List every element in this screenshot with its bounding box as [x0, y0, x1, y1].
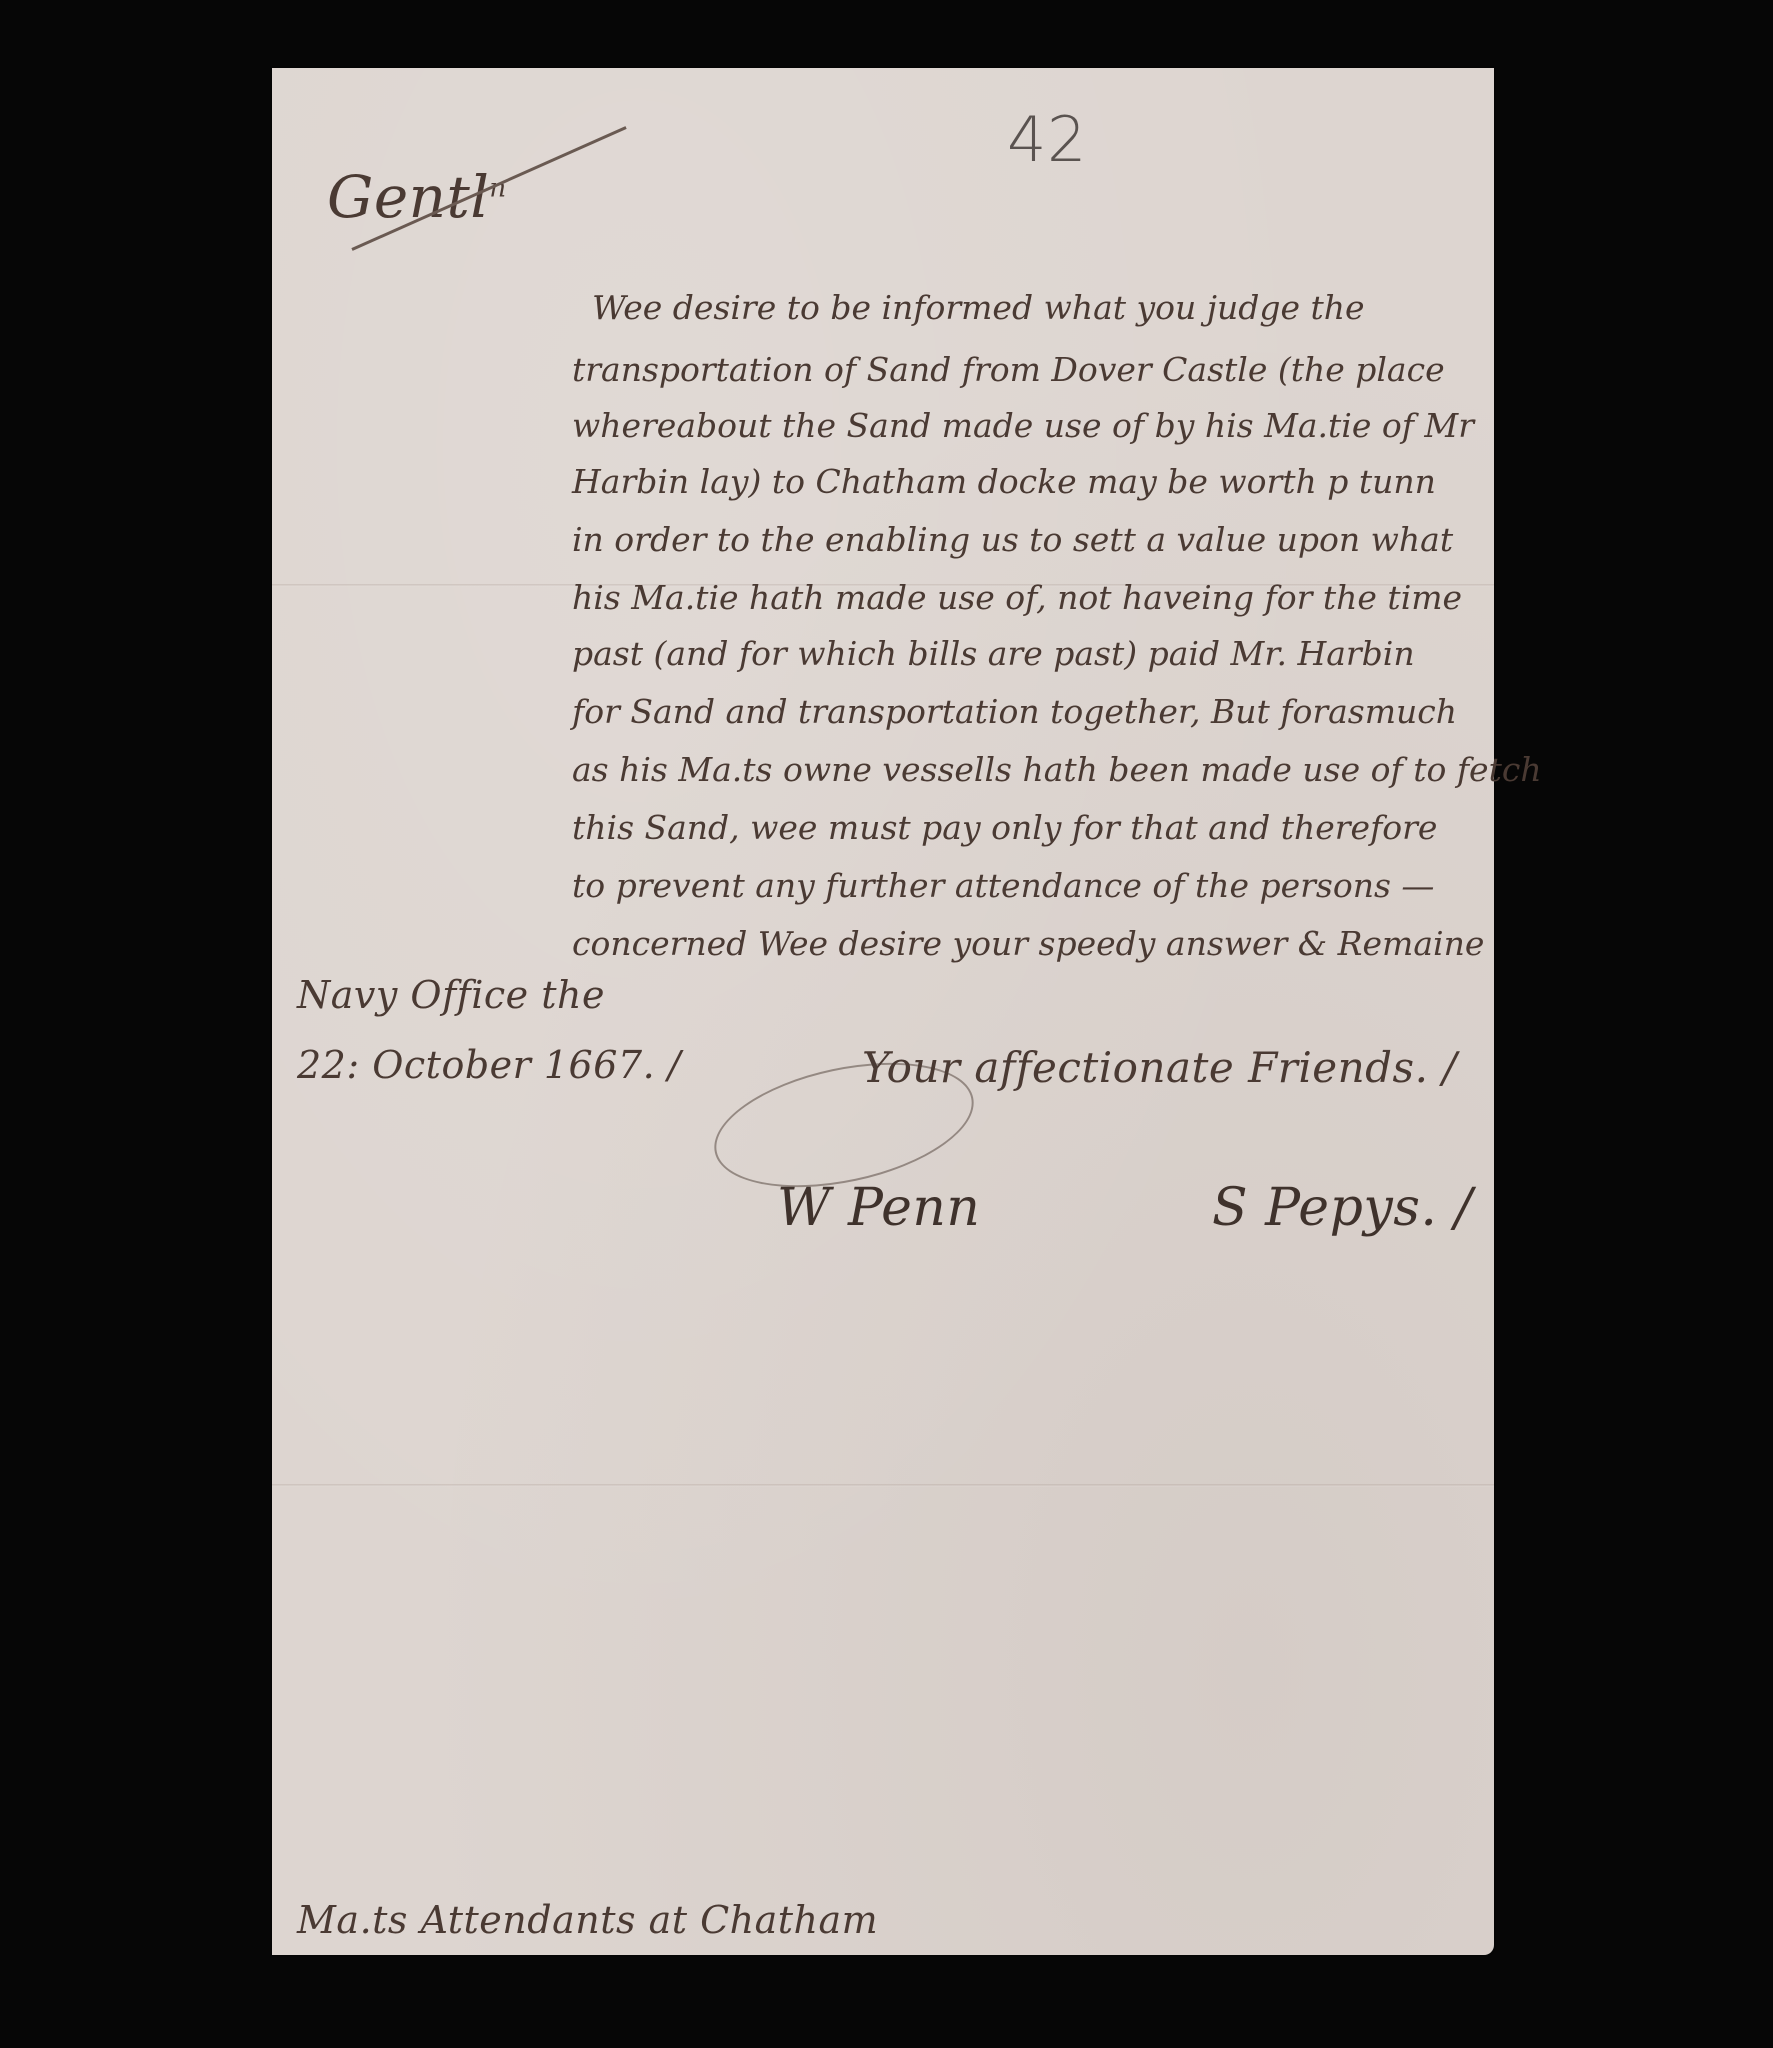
body-line-10: this Sand, wee must pay only for that an…	[572, 808, 1437, 847]
body-line-8: for Sand and transportation together, Bu…	[572, 692, 1457, 731]
body-line-11: to prevent any further attendance of the…	[572, 866, 1434, 905]
manuscript-page: 42 Gentln Wee desire to be informed what…	[272, 68, 1494, 1955]
signature-pepys: S Pepys. /	[1212, 1178, 1473, 1238]
body-line-12: concerned Wee desire your speedy answer …	[572, 924, 1484, 963]
dateline-place: Navy Office the	[297, 973, 605, 1017]
body-line-6: his Ma.tie hath made use of, not haveing…	[572, 578, 1462, 617]
body-line-4: Harbin lay) to Chatham docke may be wort…	[572, 462, 1436, 501]
signature-penn: W Penn	[777, 1178, 980, 1238]
body-line-7: past (and for which bills are past) paid…	[572, 634, 1415, 673]
body-line-3: whereabout the Sand made use of by his M…	[572, 406, 1474, 445]
closing-phrase: Your affectionate Friends. /	[862, 1043, 1457, 1092]
dateline-date: 22: October 1667. /	[297, 1043, 681, 1087]
address-line: Ma.ts Attendants at Chatham	[297, 1898, 878, 1942]
body-line-1: Wee desire to be informed what you judge…	[592, 288, 1365, 327]
body-line-5: in order to the enabling us to sett a va…	[572, 520, 1453, 559]
body-line-2: transportation of Sand from Dover Castle…	[572, 350, 1445, 389]
folio-number: 42	[1007, 103, 1087, 176]
body-line-9: as his Ma.ts owne vessells hath been mad…	[572, 750, 1542, 789]
fold-line	[272, 1484, 1494, 1487]
